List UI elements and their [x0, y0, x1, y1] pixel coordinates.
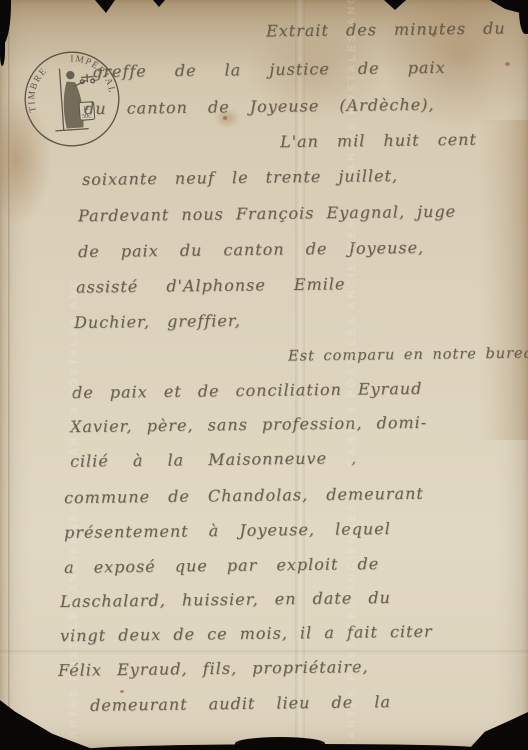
- handwritten-line: présentement à Joyeuse, lequel: [64, 519, 391, 542]
- handwritten-line: Laschalard, huissier, en date du: [60, 588, 391, 611]
- foxing-speck: [505, 62, 510, 66]
- handwritten-line: Duchier, greffier,: [74, 311, 241, 332]
- handwritten-line: L'an mil huit cent: [280, 130, 477, 151]
- svg-text:TIMBRE: TIMBRE: [25, 65, 53, 113]
- foxing-speck: [223, 116, 227, 120]
- handwritten-line: assisté d'Alphonse Emile: [76, 274, 346, 296]
- crease-left: [8, 0, 11, 750]
- handwritten-line: Extrait des minutes du: [266, 19, 506, 41]
- handwritten-line: Est comparu en notre bureau: [288, 345, 528, 364]
- watermark-text: CARTES POSTALES ANCIENNES: [68, 280, 80, 467]
- watermark-text: CARTES POSTALES ANCIENNES: [68, 501, 80, 750]
- watermark-strip: CARTES POSTALES ANCIENNES CARTES POSTALE…: [346, 0, 358, 750]
- handwritten-line: Félix Eyraud, fils, propriétaire,: [58, 657, 369, 680]
- stamp-word-timbre: TIMBRE: [25, 65, 53, 113]
- foxing-speck: [120, 690, 124, 693]
- handwritten-line: cilié à la Maisonneuve ,: [70, 448, 357, 471]
- handwritten-line: a exposé que par exploit de: [64, 554, 379, 577]
- watermark-text: CARTES POSTALES ANCIENNES: [346, 0, 358, 184]
- watermark-strip: CARTES POSTALES ANCIENNES CARTES POSTALE…: [68, 280, 80, 750]
- watermark-text: CARTES POSTALES ANCIENNES: [346, 218, 358, 467]
- watermark-text: CARTES POSTALES ANCIENNES: [346, 501, 358, 750]
- scanned-document: TIMBRE IMPÉRIAL 1F. 50c.: [0, 0, 528, 750]
- torn-edge-bottom: [235, 737, 325, 750]
